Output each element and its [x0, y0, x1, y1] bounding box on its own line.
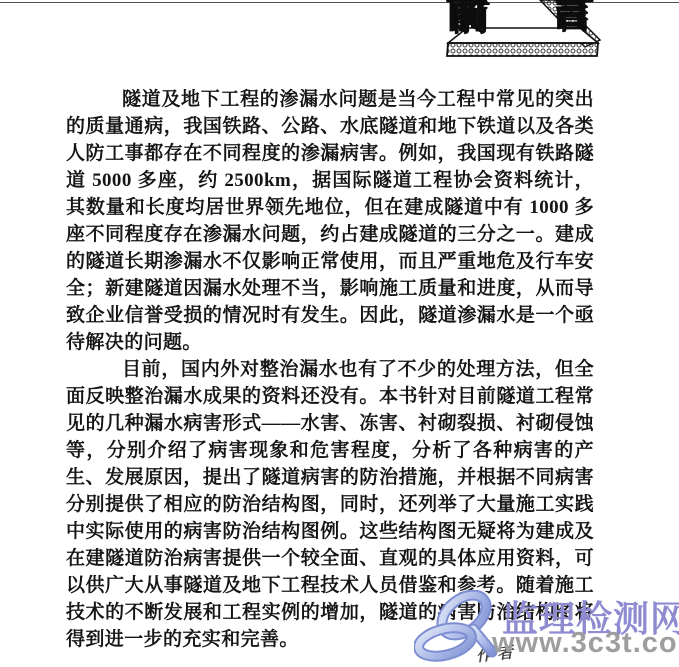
page-title: 前 言 [438, 0, 608, 62]
watermark: 监理检测网 www.3c3t.com [414, 588, 679, 667]
watermark-site-url: www.3c3t.com [492, 627, 679, 660]
title-char-yan: 言 [550, 0, 591, 31]
scanned-document-page: 前 言 隧道及地下工程的渗漏水问题是当今工程中常见的突出的质量通病，我国铁路、公… [0, 0, 679, 667]
ribbon-q-logo-icon [414, 590, 498, 667]
scan-speck [263, 640, 266, 642]
paragraph-1: 隧道及地下工程的渗漏水问题是当今工程中常见的突出的质量通病，我国铁路、公路、水底… [66, 86, 594, 356]
title-char-qian: 前 [446, 0, 487, 33]
document-body: 隧道及地下工程的渗漏水问题是当今工程中常见的突出的质量通病，我国铁路、公路、水底… [66, 86, 594, 653]
